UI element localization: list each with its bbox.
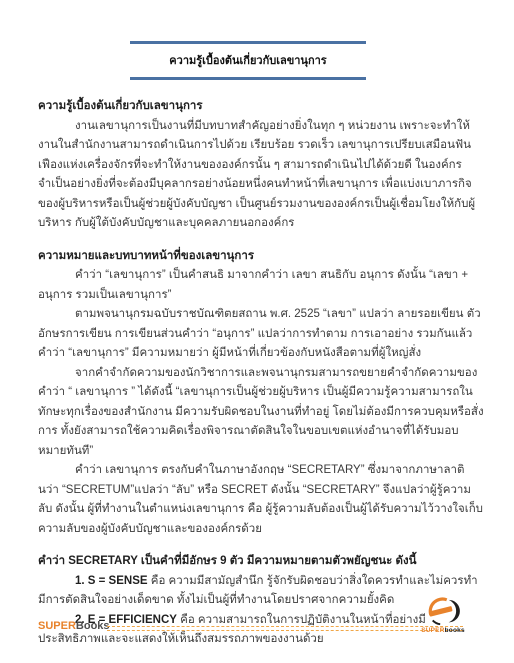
section-meaning: ความหมายและบทบาทหน้าที่ของเลขานุการ คำว่… bbox=[38, 247, 484, 540]
footer-brand-super: SUPER bbox=[38, 620, 76, 632]
acronym-item: 1. S = SENSE คือ ความมีสามัญสำนึก รู้จัก… bbox=[38, 572, 484, 611]
section-intro-heading: ความรู้เบื้องต้นเกี่ยวกับเลขานุการ bbox=[38, 97, 484, 117]
paragraph: ตามพจนานุกรมฉบับราชบัณฑิตยสถาน พ.ศ. 2525… bbox=[38, 305, 484, 364]
footer-brand: SUPERBooks bbox=[38, 620, 110, 632]
section-acronym-heading: คำว่า SECRETARY เป็นคำที่มีอักษร 9 ตัว ม… bbox=[38, 552, 484, 572]
superbooks-logo-icon bbox=[426, 597, 460, 627]
page-title: ความรู้เบื้องต้นเกี่ยวกับเลขานุการ bbox=[169, 55, 326, 67]
document-body: ความรู้เบื้องต้นเกี่ยวกับเลขานุการ งานเล… bbox=[38, 97, 484, 650]
superbooks-logo-caption: SUPERbooks bbox=[420, 627, 466, 634]
paragraph: งานเลขานุการเป็นงานที่มีบทบาทสำคัญอย่างย… bbox=[38, 117, 484, 234]
logo-caption-books: books bbox=[445, 627, 465, 634]
paragraph: คำว่า เลขานุการ ตรงกับคำในภาษาอังกฤษ “SE… bbox=[38, 461, 484, 539]
footer-brand-books: Books bbox=[76, 620, 110, 632]
section-meaning-heading: ความหมายและบทบาทหน้าที่ของเลขานุการ bbox=[38, 247, 484, 267]
section-intro: ความรู้เบื้องต้นเกี่ยวกับเลขานุการ งานเล… bbox=[38, 97, 484, 234]
logo-caption-super: SUPER bbox=[421, 627, 444, 634]
acronym-item-lead: 1. S = SENSE bbox=[75, 575, 148, 587]
paragraph: คำว่า “เลขานุการ” เป็นคำสนธิ มาจากคำว่า … bbox=[38, 266, 484, 305]
document-page: ความรู้เบื้องต้นเกี่ยวกับเลขานุการ ความร… bbox=[0, 0, 514, 663]
footer-dashed-divider bbox=[107, 626, 463, 631]
superbooks-logo: SUPERbooks bbox=[420, 597, 466, 634]
paragraph: จากคำจำกัดความของนักวิชาการและพจนานุกรมส… bbox=[38, 364, 484, 462]
section-acronym: คำว่า SECRETARY เป็นคำที่มีอักษร 9 ตัว ม… bbox=[38, 552, 484, 650]
title-banner: ความรู้เบื้องต้นเกี่ยวกับเลขานุการ bbox=[130, 41, 366, 80]
